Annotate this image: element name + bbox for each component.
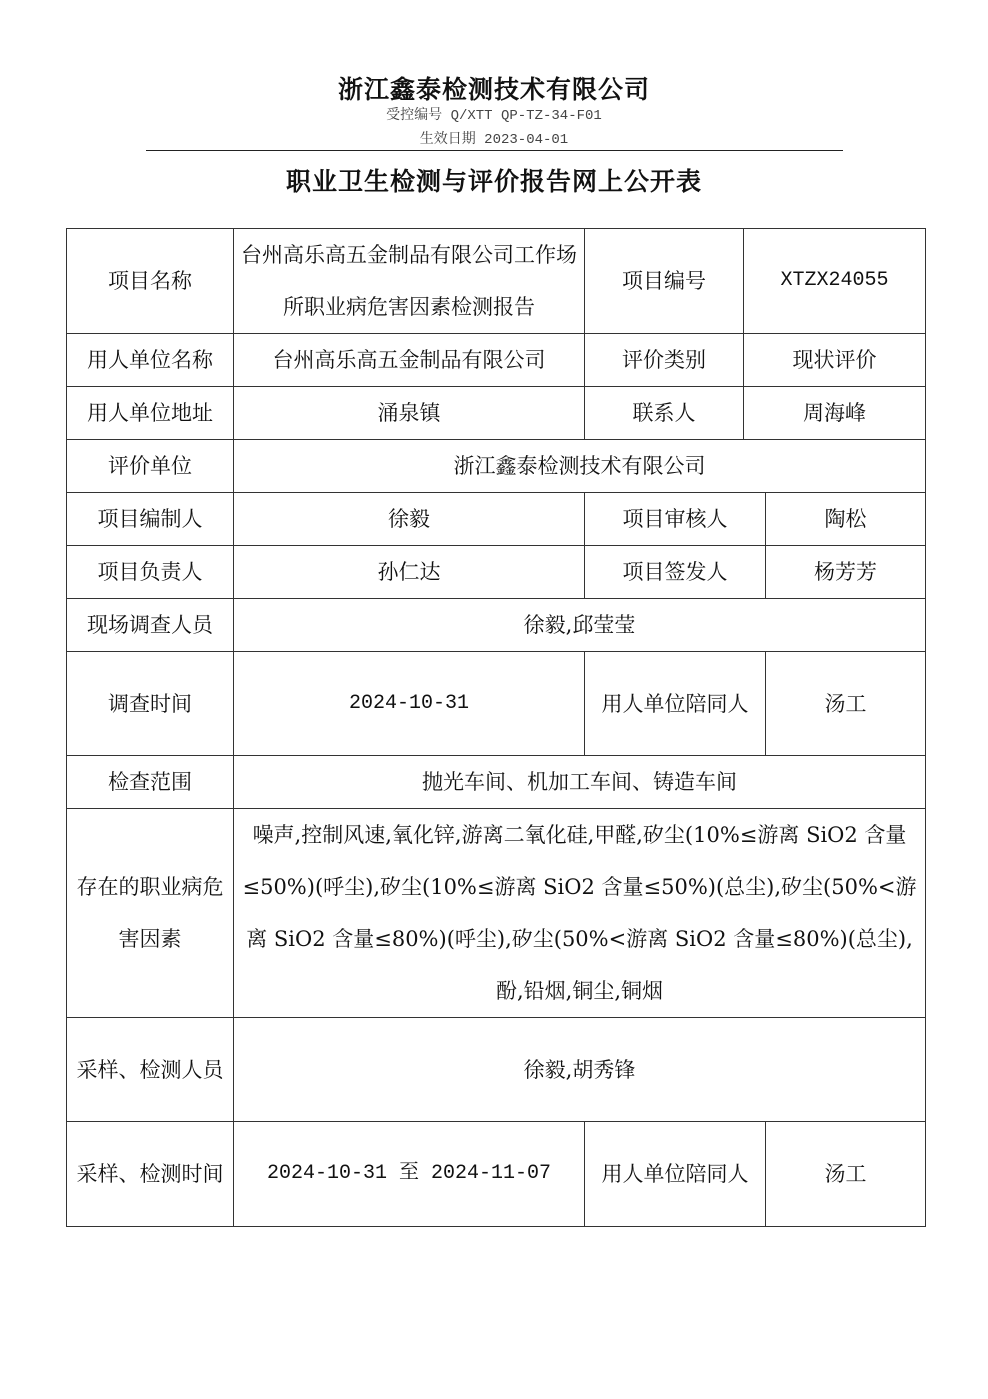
row-survey-time: 调查时间 2024-10-31 用人单位陪同人 汤工 xyxy=(67,652,926,756)
value-contact: 周海峰 xyxy=(744,387,926,440)
page-title: 职业卫生检测与评价报告网上公开表 xyxy=(0,162,988,198)
value-employer-name: 台州高乐高五金制品有限公司 xyxy=(234,334,585,387)
label-issuer: 项目签发人 xyxy=(585,546,766,599)
value-project-name: 台州高乐高五金制品有限公司工作场所职业病危害因素检测报告 xyxy=(234,229,585,334)
value-hazards: 噪声,控制风速,氧化锌,游离二氧化硅,甲醛,矽尘(10%≤游离 SiO2 含量≤… xyxy=(234,809,926,1018)
label-project-no: 项目编号 xyxy=(585,229,744,334)
label-employer-address: 用人单位地址 xyxy=(67,387,234,440)
value-eval-type: 现状评价 xyxy=(744,334,926,387)
value-eval-org: 浙江鑫泰检测技术有限公司 xyxy=(234,440,926,493)
label-sampling-staff: 采样、检测人员 xyxy=(67,1018,234,1122)
label-leader: 项目负责人 xyxy=(67,546,234,599)
value-issuer: 杨芳芳 xyxy=(766,546,926,599)
row-eval-org: 评价单位 浙江鑫泰检测技术有限公司 xyxy=(67,440,926,493)
company-name: 浙江鑫泰检测技术有限公司 xyxy=(0,70,988,106)
row-survey-staff: 现场调查人员 徐毅,邱莹莹 xyxy=(67,599,926,652)
label-employer-name: 用人单位名称 xyxy=(67,334,234,387)
label-reviewer: 项目审核人 xyxy=(585,493,766,546)
value-reviewer: 陶松 xyxy=(766,493,926,546)
disclosure-table: 项目名称 台州高乐高五金制品有限公司工作场所职业病危害因素检测报告 项目编号 X… xyxy=(66,228,926,1227)
row-sampling-time: 采样、检测时间 2024-10-31 至 2024-11-07 用人单位陪同人 … xyxy=(67,1122,926,1227)
row-scope: 检查范围 抛光车间、机加工车间、铸造车间 xyxy=(67,756,926,809)
row-project-name: 项目名称 台州高乐高五金制品有限公司工作场所职业病危害因素检测报告 项目编号 X… xyxy=(67,229,926,334)
label-eval-org: 评价单位 xyxy=(67,440,234,493)
row-employer-name: 用人单位名称 台州高乐高五金制品有限公司 评价类别 现状评价 xyxy=(67,334,926,387)
value-survey-staff: 徐毅,邱莹莹 xyxy=(234,599,926,652)
value-project-no: XTZX24055 xyxy=(744,229,926,334)
control-number: 受控编号 Q/XTT QP-TZ-34-F01 xyxy=(0,104,988,124)
label-hazards: 存在的职业病危害因素 xyxy=(67,809,234,1018)
header-divider xyxy=(146,150,843,151)
value-sampling-staff: 徐毅,胡秀锋 xyxy=(234,1018,926,1122)
value-leader: 孙仁达 xyxy=(234,546,585,599)
label-project-name: 项目名称 xyxy=(67,229,234,334)
value-survey-escort: 汤工 xyxy=(766,652,926,756)
value-scope: 抛光车间、机加工车间、铸造车间 xyxy=(234,756,926,809)
row-sampling-staff: 采样、检测人员 徐毅,胡秀锋 xyxy=(67,1018,926,1122)
label-survey-escort: 用人单位陪同人 xyxy=(585,652,766,756)
label-survey-time: 调查时间 xyxy=(67,652,234,756)
row-leader: 项目负责人 孙仁达 项目签发人 杨芳芳 xyxy=(67,546,926,599)
label-survey-staff: 现场调查人员 xyxy=(67,599,234,652)
label-compiler: 项目编制人 xyxy=(67,493,234,546)
value-survey-time: 2024-10-31 xyxy=(234,652,585,756)
label-sampling-time: 采样、检测时间 xyxy=(67,1122,234,1227)
value-sampling-time: 2024-10-31 至 2024-11-07 xyxy=(234,1122,585,1227)
effective-date: 生效日期 2023-04-01 xyxy=(0,128,988,148)
row-hazards: 存在的职业病危害因素 噪声,控制风速,氧化锌,游离二氧化硅,甲醛,矽尘(10%≤… xyxy=(67,809,926,1018)
value-sampling-escort: 汤工 xyxy=(766,1122,926,1227)
value-compiler: 徐毅 xyxy=(234,493,585,546)
row-compiler: 项目编制人 徐毅 项目审核人 陶松 xyxy=(67,493,926,546)
label-eval-type: 评价类别 xyxy=(585,334,744,387)
label-scope: 检查范围 xyxy=(67,756,234,809)
row-employer-address: 用人单位地址 涌泉镇 联系人 周海峰 xyxy=(67,387,926,440)
label-contact: 联系人 xyxy=(585,387,744,440)
value-employer-address: 涌泉镇 xyxy=(234,387,585,440)
label-sampling-escort: 用人单位陪同人 xyxy=(585,1122,766,1227)
